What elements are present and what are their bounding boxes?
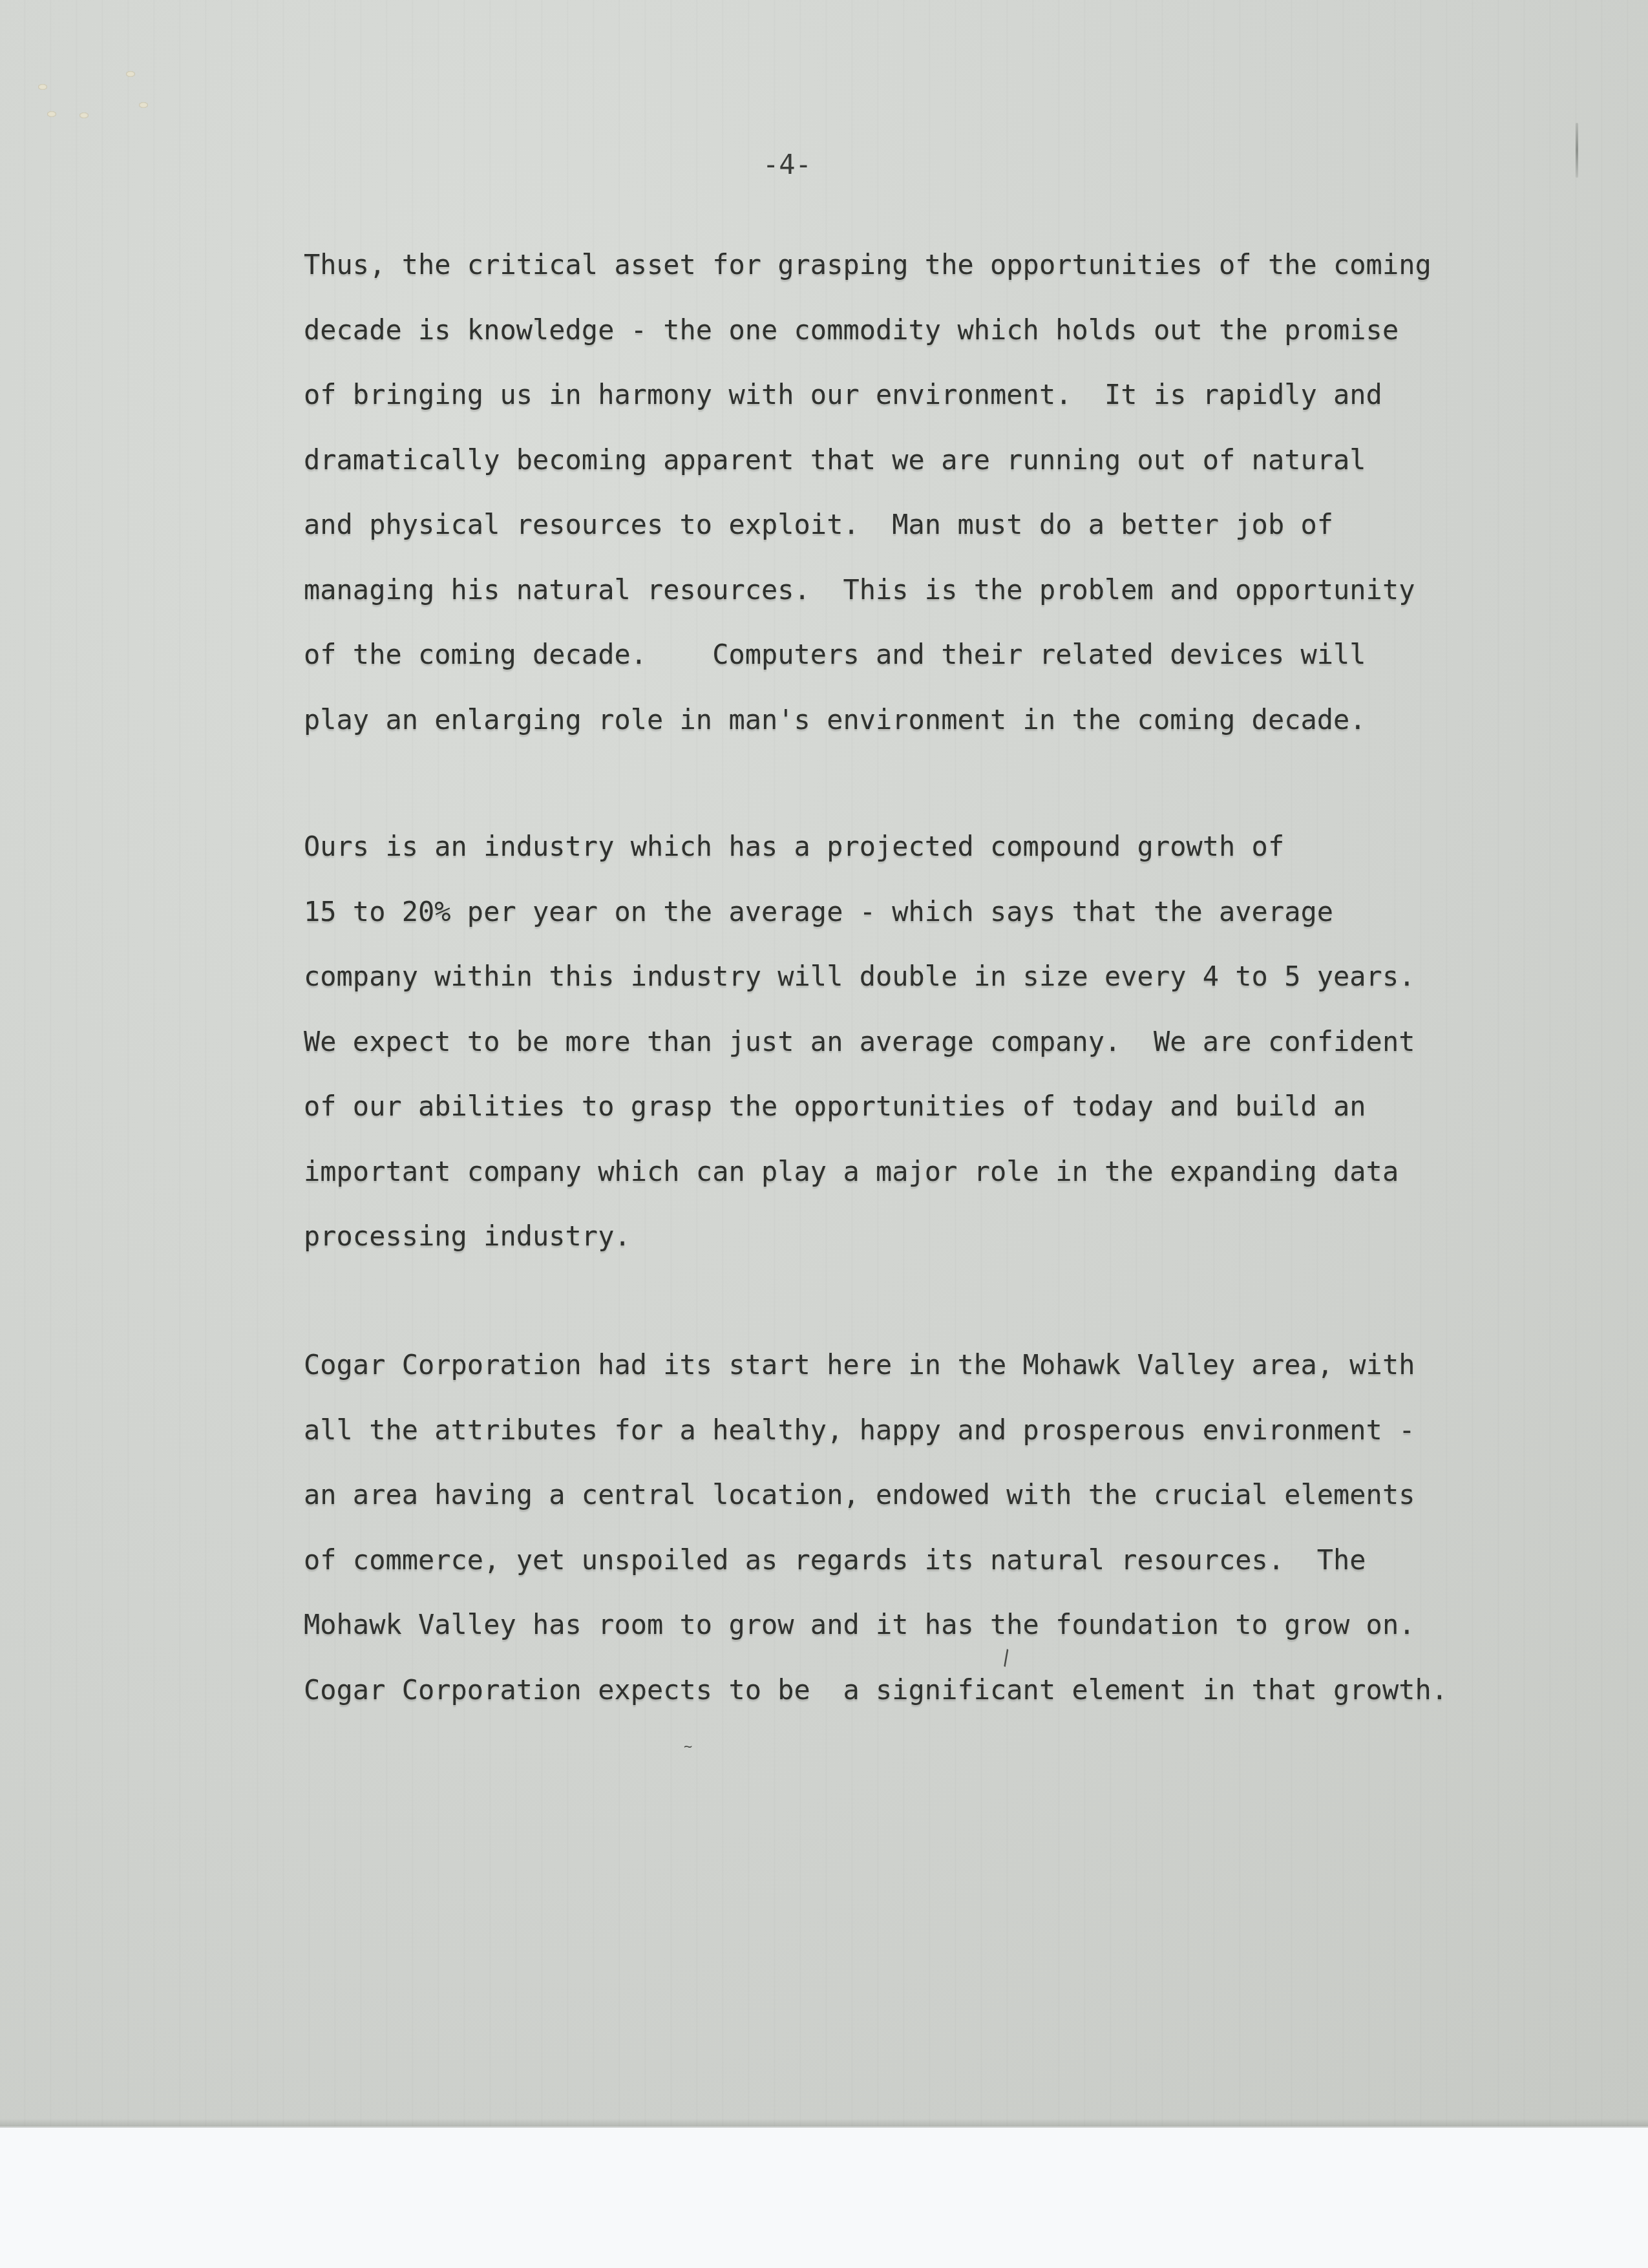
paragraph-industry-growth: Ours is an industry which has a projecte… [304,814,1415,1269]
text-line: We expect to be more than just an averag… [304,1010,1415,1075]
text-line: of bringing us in harmony with our envir… [304,363,1431,428]
text-line: dramatically becoming apparent that we a… [304,428,1431,493]
page-bottom-edge [0,2119,1648,2128]
text-line: 15 to 20% per year on the average - whic… [304,880,1415,945]
text-line: processing industry. [304,1204,1415,1269]
staple-hole [38,84,47,90]
paragraph-mohawk-valley: Cogar Corporation had its start here in … [304,1333,1448,1722]
stray-ink-mark: ~ [684,1739,692,1755]
text-line: all the attributes for a healthy, happy … [304,1398,1448,1463]
staple-holes-mark [36,65,158,129]
text-line: Mohawk Valley has room to grow and it ha… [304,1593,1448,1658]
page-number: -4- [763,149,812,180]
text-line: decade is knowledge - the one commodity … [304,298,1431,363]
text-line: of commerce, yet unspoiled as regards it… [304,1528,1448,1593]
staple-hole [47,111,56,117]
paragraph-knowledge: Thus, the critical asset for grasping th… [304,233,1431,752]
text-line: important company which can play a major… [304,1139,1415,1205]
text-line: and physical resources to exploit. Man m… [304,493,1431,558]
text-line: managing his natural resources. This is … [304,558,1431,623]
text-line: Ours is an industry which has a projecte… [304,814,1415,880]
staple-hole [139,102,148,108]
scan-scratch-mark [1576,123,1578,178]
text-line: an area having a central location, endow… [304,1463,1448,1528]
staple-hole [79,112,89,118]
text-line: of the coming decade. Computers and thei… [304,622,1431,688]
text-line: play an enlarging role in man's environm… [304,688,1431,753]
text-line: Thus, the critical asset for grasping th… [304,233,1431,298]
text-line: of our abilities to grasp the opportunit… [304,1074,1415,1139]
staple-hole [126,71,135,77]
text-line: company within this industry will double… [304,944,1415,1010]
scanned-page: -4- Thus, the critical asset for graspin… [0,0,1648,2126]
text-line: Cogar Corporation had its start here in … [304,1333,1448,1398]
text-line: Cogar Corporation expects to be a signif… [304,1658,1448,1723]
